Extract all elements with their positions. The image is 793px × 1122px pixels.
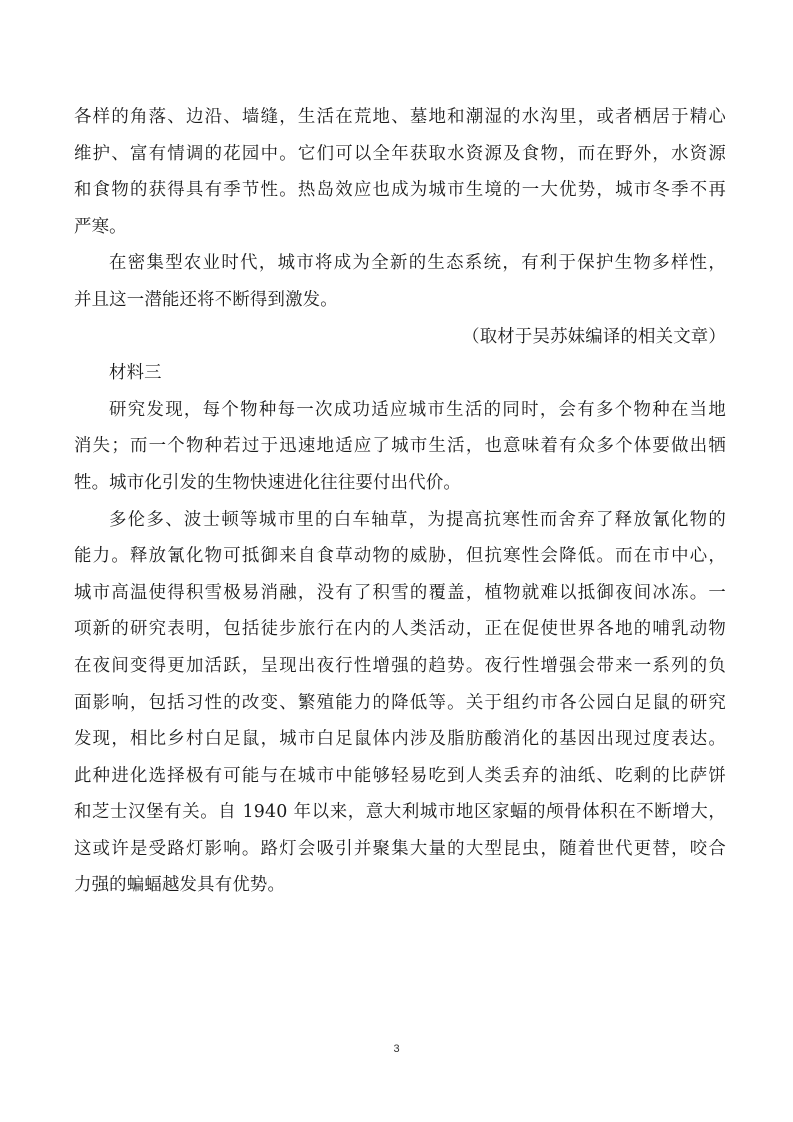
text-line: 和芝士汉堡有关。自 1940 年以来，意大利城市地区家蝠的颅骨体积在不断增大，: [74, 794, 726, 831]
paragraph-start: 在密集型农业时代，城市将成为全新的生态系统，有利于保护生物多样性，: [74, 245, 726, 282]
text-line: 牲。城市化引发的生物快速进化往往要付出代价。: [74, 465, 726, 502]
source-citation: （取材于吴苏妹编译的相关文章）: [74, 319, 726, 356]
text-line: 并且这一潜能还将不断得到激发。: [74, 282, 726, 319]
text-line: 能力。释放氰化物可抵御来自食草动物的威胁，但抗寒性会降低。而在市中心，: [74, 538, 726, 575]
paragraph-start: 多伦多、波士顿等城市里的白车轴草，为提高抗寒性而舍弃了释放氰化物的: [74, 502, 726, 539]
text-line: 这或许是受路灯影响。路灯会吸引并聚集大量的大型昆虫，随着世代更替，咬合: [74, 831, 726, 868]
section-heading: 材料三: [74, 355, 726, 392]
text-line: 力强的蝙蝠越发具有优势。: [74, 867, 726, 904]
text-line: 和食物的获得具有季节性。热岛效应也成为城市生境的一大优势，城市冬季不再: [74, 172, 726, 209]
paragraph-start: 研究发现，每个物种每一次成功适应城市生活的同时，会有多个物种在当地: [74, 392, 726, 429]
text-line: 发现，相比乡村白足鼠，城市白足鼠体内涉及脂肪酸消化的基因出现过度表达。: [74, 721, 726, 758]
text-line: 在夜间变得更加活跃，呈现出夜行性增强的趋势。夜行性增强会带来一系列的负: [74, 648, 726, 685]
text-line: 项新的研究表明，包括徒步旅行在内的人类活动，正在促使世界各地的哺乳动物: [74, 611, 726, 648]
text-line: 此种进化选择极有可能与在城市中能够轻易吃到人类丢弃的油纸、吃剩的比萨饼: [74, 758, 726, 795]
text-line: 消失；而一个物种若过于迅速地适应了城市生活，也意味着有众多个体要做出牺: [74, 428, 726, 465]
text-line: 面影响，包括习性的改变、繁殖能力的降低等。关于组约市各公园白足鼠的研究: [74, 685, 726, 722]
text-line: 维护、富有情调的花园中。它们可以全年获取水资源及食物，而在野外，水资源: [74, 136, 726, 173]
page-number: 3: [0, 1043, 793, 1055]
document-body: 各样的角落、边沿、墙缝，生活在荒地、墓地和潮湿的水沟里，或者栖居于精心 维护、富…: [74, 99, 726, 904]
text-line: 严寒。: [74, 209, 726, 246]
text-line: 各样的角落、边沿、墙缝，生活在荒地、墓地和潮湿的水沟里，或者栖居于精心: [74, 99, 726, 136]
text-line: 城市高温使得积雪极易消融，没有了积雪的覆盖，植物就难以抵御夜间冰冻。一: [74, 575, 726, 612]
